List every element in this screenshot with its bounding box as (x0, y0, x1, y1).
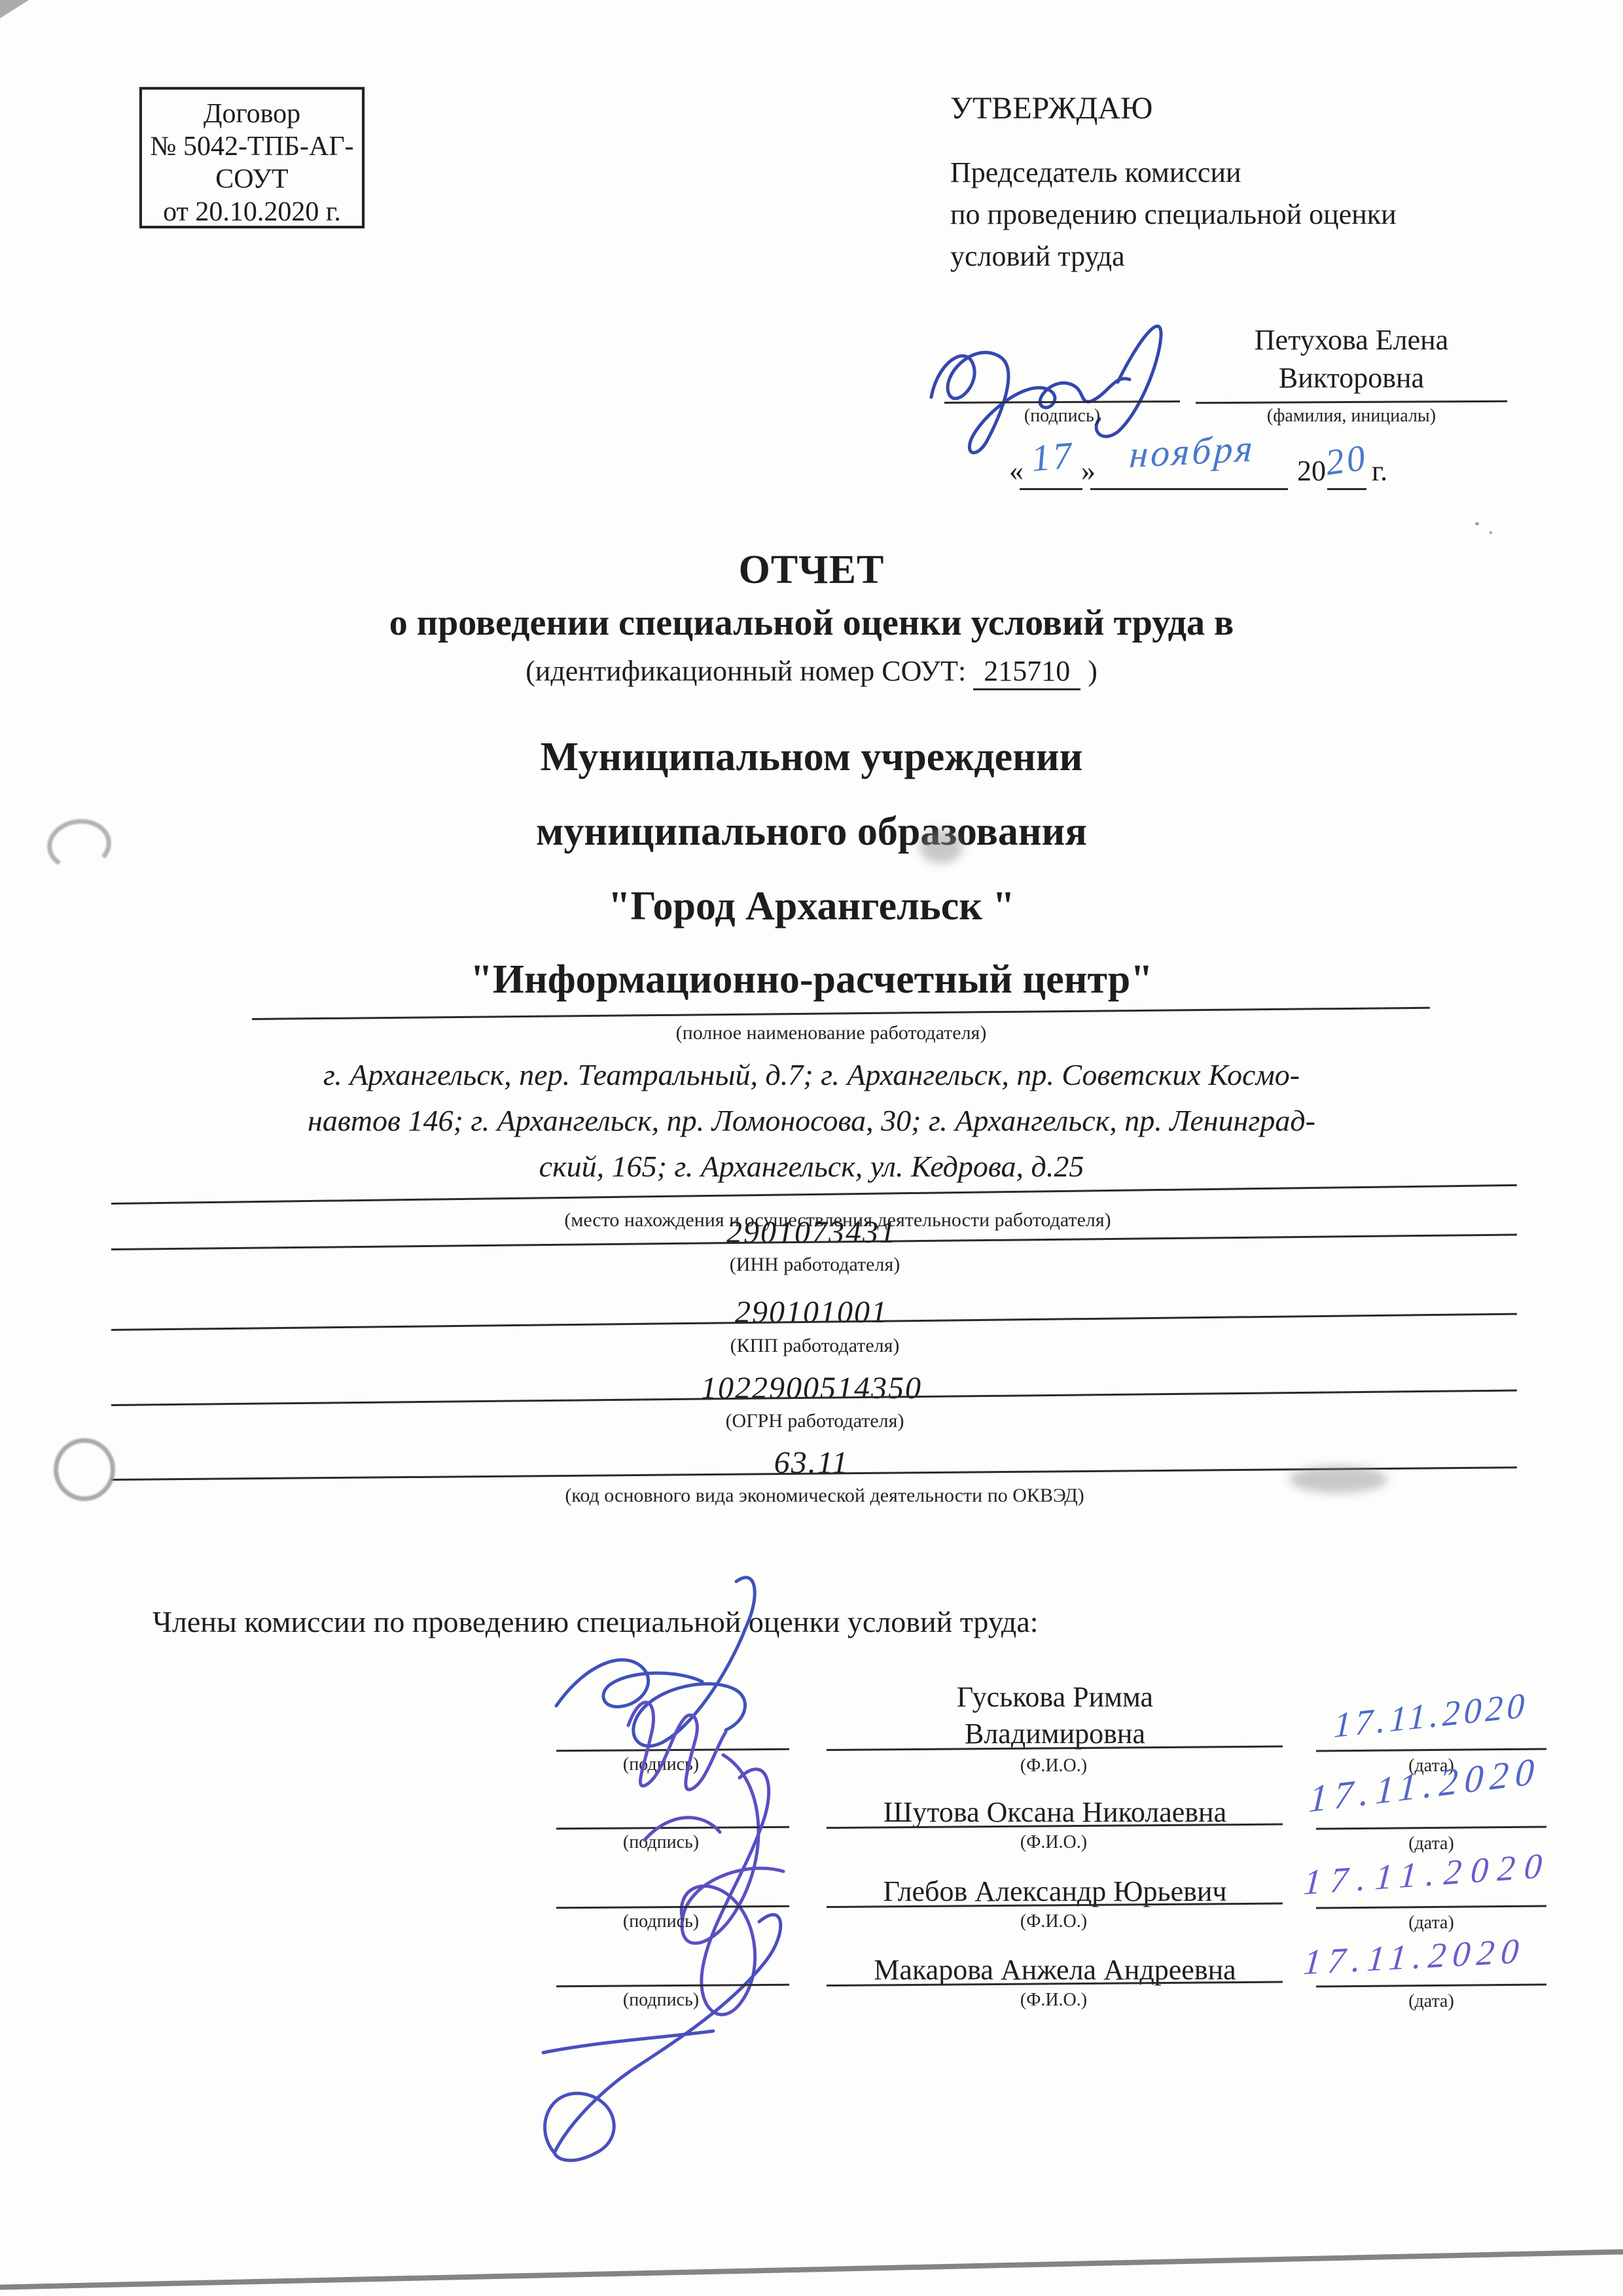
chair-sign-caption: (подпись) (980, 406, 1144, 427)
kpp-value: 290101001 (0, 1294, 1623, 1330)
inn-caption: (ИНН работодателя) (422, 1254, 1207, 1276)
employer-address-line: навтов 146; г. Архангельск, пр. Ломоносо… (0, 1103, 1623, 1138)
member-date-handwritten: 17.11.2020 (1302, 1845, 1552, 1903)
date-month-line (1090, 488, 1288, 490)
chair-name-line (1196, 400, 1507, 404)
member-name: Гуськова Римма (826, 1679, 1284, 1716)
contract-stamp-line: СОУТ (142, 163, 362, 196)
scan-smudge (1289, 1466, 1387, 1493)
employer-address-line: г. Архангельск, пер. Театральный, д.7; г… (0, 1057, 1623, 1092)
approve-role-line: Председатель комиссии (950, 152, 1241, 194)
chair-name-caption: (фамилия, инициалы) (1237, 406, 1466, 427)
punch-hole-artifact (54, 1438, 115, 1501)
report-id-line: (идентификационный номер СОУТ: 215710 ) (0, 654, 1623, 688)
document-page: Договор № 5042-ТПБ-АГ- СОУТ от 20.10.202… (0, 0, 1623, 2296)
employer-address-line: ский, 165; г. Архангельск, ул. Кедрова, … (0, 1149, 1623, 1184)
ogrn-caption: (ОГРН работодателя) (422, 1410, 1207, 1432)
report-subtitle: о проведении специальной оценки условий … (0, 602, 1623, 644)
employer-name-line: "Город Архангельск " (0, 883, 1623, 930)
okved-caption: (код основного вида экономической деятел… (366, 1485, 1283, 1507)
employer-name-caption: (полное наименование работодателя) (504, 1022, 1158, 1044)
contract-stamp-line: от 20.10.2020 г. (142, 196, 362, 228)
contract-stamp-line: № 5042-ТПБ-АГ- (142, 130, 362, 163)
member-fio-caption: (Ф.И.О.) (969, 1756, 1139, 1776)
employer-name-line: Муниципальном учреждении (0, 734, 1623, 781)
member-date-handwritten: 17.11.2020 (1333, 1684, 1529, 1746)
contract-stamp-box: Договор № 5042-ТПБ-АГ- СОУТ от 20.10.202… (139, 87, 365, 228)
report-id-suffix: ) (1088, 655, 1097, 687)
member-date-line (1316, 1826, 1546, 1829)
date-day-line (1020, 488, 1082, 490)
member-date-line (1316, 1905, 1546, 1909)
date-year-prefix: 20 (1297, 454, 1326, 487)
approve-heading: УТВЕРЖДАЮ (950, 90, 1152, 126)
approve-role-line: по проведению специальной оценки (950, 194, 1397, 236)
ogrn-value: 1022900514350 (0, 1370, 1623, 1406)
scan-speckle (1475, 522, 1479, 525)
date-year-label: г. (1372, 454, 1387, 487)
member-date-line (1316, 1983, 1546, 1987)
employer-name-line: муниципального образования (0, 809, 1623, 855)
member-fio-caption: (Ф.И.О.) (969, 1832, 1139, 1853)
report-id-number: 215710 (973, 655, 1080, 690)
scan-corner-artifact (0, 0, 29, 18)
chair-name: Викторовна (1196, 360, 1507, 397)
employer-name-underline (252, 1007, 1430, 1020)
report-id-prefix: (идентификационный номер СОУТ: (526, 655, 966, 687)
member-fio-caption: (Ф.И.О.) (969, 1911, 1139, 1932)
inn-value: 2901073431 (0, 1214, 1623, 1250)
date-open-quote: « (1009, 454, 1024, 487)
date-day-handwritten: 17 (1023, 433, 1083, 481)
approve-role-line: условий труда (950, 236, 1125, 277)
member-fio-caption: (Ф.И.О.) (969, 1990, 1139, 2011)
scan-bottom-edge (0, 2248, 1623, 2290)
scan-smudge (919, 830, 963, 864)
kpp-caption: (КПП работодателя) (422, 1335, 1207, 1357)
employer-name-line: "Информационно-расчетный центр" (0, 957, 1623, 1003)
member-sign-caption: (подпись) (579, 1990, 743, 2011)
contract-stamp-line: Договор (142, 97, 362, 130)
chair-name: Петухова Елена (1196, 322, 1507, 359)
employer-address-underline (111, 1184, 1517, 1205)
date-year-line (1327, 488, 1366, 490)
member-date-caption: (дата) (1349, 1991, 1513, 2012)
scan-speckle (1489, 531, 1492, 534)
date-year-handwritten: 20 (1323, 436, 1370, 484)
signature-makarova (507, 1892, 815, 2167)
member-date-handwritten: 17.11.2020 (1302, 1930, 1527, 1983)
report-title: ОТЧЕТ (0, 547, 1623, 593)
member-date-caption: (дата) (1349, 1913, 1513, 1934)
